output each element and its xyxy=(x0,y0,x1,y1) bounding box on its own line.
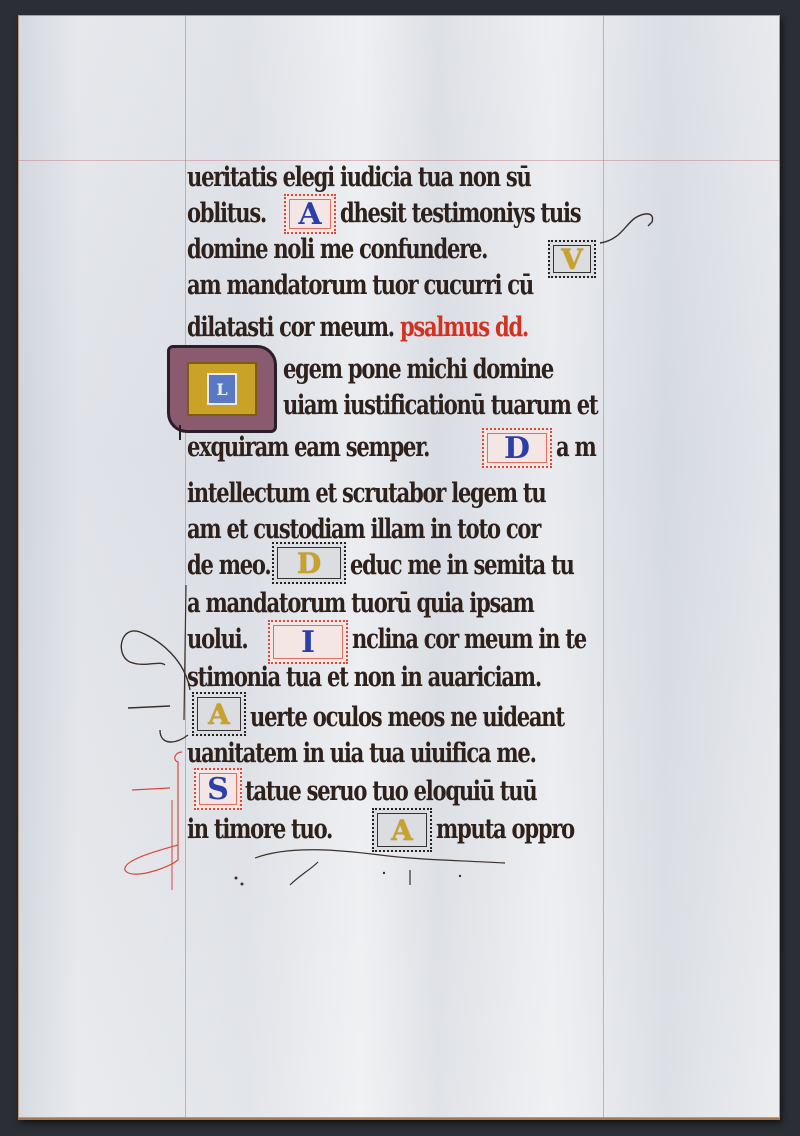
pen-flourishes xyxy=(0,0,800,1136)
flourish-left-stem xyxy=(184,585,186,720)
flourish-left-red xyxy=(125,752,182,874)
flourish-bottom xyxy=(255,850,505,863)
flourish-top-right xyxy=(600,214,653,243)
flourish-left-loop xyxy=(121,631,190,690)
